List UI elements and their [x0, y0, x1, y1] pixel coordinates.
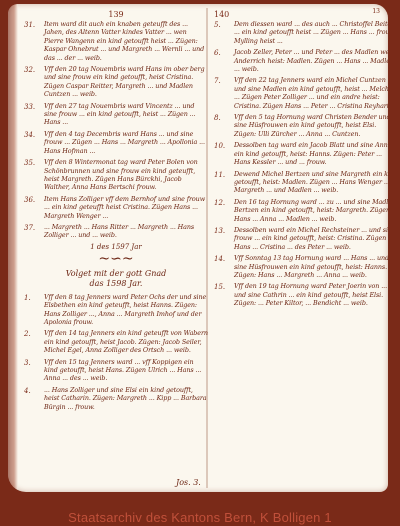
register-entry: 33. Vff den 27 tag Nouembris ward Vincen… — [24, 102, 208, 127]
register-entry: 5. Dem diessen ward ... des auch ... Chr… — [214, 20, 388, 45]
entry-text: Den 16 tag Hornung ward ... zu ... und s… — [234, 198, 388, 223]
book-spine-shadow — [8, 4, 18, 492]
entry-text: Vff den 5 tag Hornung ward Christen Bend… — [234, 113, 388, 138]
register-entry: 10. Dessolben tag ward ein Jacob Blatt u… — [214, 141, 388, 166]
entry-text: Vff Sonntag 13 tag Hornung ward ... Hans… — [234, 254, 388, 279]
register-entry: 4. ... Hans Zolliger und sine Elsi ein k… — [24, 386, 208, 411]
entry-number: 3. — [24, 358, 44, 383]
entry-text: Jacob Zeller, Peter ... und Peter ... de… — [234, 48, 388, 73]
section-heading: Volget mit der gott Gnad das 1598 Jar. — [24, 269, 208, 289]
entry-text: Dem diessen ward ... des auch ... Christ… — [234, 20, 388, 45]
archive-watermark: Staatsarchiv des Kantons Bern, K Bollige… — [0, 510, 400, 526]
entry-number: 33. — [24, 102, 44, 127]
entry-number: 15. — [214, 282, 234, 307]
register-entry: 11. Dewend Michel Bertzen und sine Margr… — [214, 170, 388, 195]
entry-text: Vff den 20 tag Nouembris ward Hans im ob… — [44, 65, 208, 99]
register-entry: 7. Vff den 22 tag Jenners ward ein Miche… — [214, 76, 388, 110]
register-entry: 12. Den 16 tag Hornung ward ... zu ... u… — [214, 198, 388, 223]
entry-text: Dessolben ward ein Michel Rechsteiner ..… — [234, 226, 388, 251]
entry-text: Item Hans Zolliger vff dem Bernhof und s… — [44, 195, 208, 220]
entry-text: Vff den 15 tag Jenners ward ... vff Kopp… — [44, 358, 208, 383]
entry-number: 12. — [214, 198, 234, 223]
right-page: 140 5. Dem diessen ward ... des auch ...… — [214, 10, 388, 311]
register-entry: 13. Dessolben ward ein Michel Rechsteine… — [214, 226, 388, 251]
manuscript-spread: 13 139 31. Item ward dit auch ein knaben… — [8, 4, 388, 492]
closing-date: 1 des 1597 Jar — [24, 243, 208, 251]
entry-text: Vff den 8 Wintermonat tag ward Peter Bol… — [44, 158, 208, 192]
entry-number: 5. — [214, 20, 234, 45]
entry-text: Vff den 22 tag Jenners ward ein Michel C… — [234, 76, 388, 110]
entry-number: 13. — [214, 226, 234, 251]
entry-number: 31. — [24, 20, 44, 62]
entry-number: 6. — [214, 48, 234, 73]
register-entry: 2. Vff den 14 tag Jenners ein kind geteu… — [24, 329, 208, 354]
entry-text: Dessolben tag ward ein Jacob Blatt und s… — [234, 141, 388, 166]
register-entry: 36. Item Hans Zolliger vff dem Bernhof u… — [24, 195, 208, 220]
folio-number-left: 139 — [24, 10, 208, 20]
entry-text: Item ward dit auch ein knaben geteufft d… — [44, 20, 208, 62]
section-heading-line2: das 1598 Jar. — [24, 279, 208, 289]
entry-number: 32. — [24, 65, 44, 99]
entry-number: 4. — [24, 386, 44, 411]
section-heading-line1: Volget mit der gott Gnad — [24, 269, 208, 279]
entry-number: 2. — [24, 329, 44, 354]
entry-number: 35. — [24, 158, 44, 192]
register-entry: 3. Vff den 15 tag Jenners ward ... vff K… — [24, 358, 208, 383]
entry-number: 37. — [24, 223, 44, 240]
left-page: 139 31. Item ward dit auch ein knaben ge… — [24, 10, 208, 414]
entry-text: Vff den 19 tag Hornung ward Peter Joerin… — [234, 282, 388, 307]
entry-text: ... Hans Zolliger und sine Elsi ein kind… — [44, 386, 208, 411]
register-entry: 8. Vff den 5 tag Hornung ward Christen B… — [214, 113, 388, 138]
register-entry: 6. Jacob Zeller, Peter ... und Peter ...… — [214, 48, 388, 73]
signature-mark: Jos. 3. — [176, 478, 201, 487]
entry-number: 1. — [24, 293, 44, 327]
flourish-ornament-icon: ~∽~ — [24, 253, 208, 265]
entry-number: 8. — [214, 113, 234, 138]
entry-text: Vff den 27 tag Nouembris ward Vincentz .… — [44, 102, 208, 127]
folio-number-right: 140 — [214, 10, 388, 20]
entry-text: ... Margreth ... Hans Ritter ... Margret… — [44, 223, 208, 240]
register-entry: 1. Vff den 8 tag Jenners ward Peter Ochs… — [24, 293, 208, 327]
register-entry: 35. Vff den 8 Wintermonat tag ward Peter… — [24, 158, 208, 192]
entry-number: 34. — [24, 130, 44, 155]
entry-text: Vff den 4 tag Decembris ward Hans ... un… — [44, 130, 208, 155]
entry-number: 11. — [214, 170, 234, 195]
entry-number: 36. — [24, 195, 44, 220]
entry-number: 14. — [214, 254, 234, 279]
register-entry: 15. Vff den 19 tag Hornung ward Peter Jo… — [214, 282, 388, 307]
register-entry: 34. Vff den 4 tag Decembris ward Hans ..… — [24, 130, 208, 155]
register-entry: 32. Vff den 20 tag Nouembris ward Hans i… — [24, 65, 208, 99]
register-entry: 14. Vff Sonntag 13 tag Hornung ward ... … — [214, 254, 388, 279]
entry-text: Vff den 8 tag Jenners ward Peter Ochs de… — [44, 293, 208, 327]
register-entry: 37. ... Margreth ... Hans Ritter ... Mar… — [24, 223, 208, 240]
register-entry: 31. Item ward dit auch ein knaben geteuf… — [24, 20, 208, 62]
entry-text: Vff den 14 tag Jenners ein kind geteufft… — [44, 329, 208, 354]
entry-text: Dewend Michel Bertzen und sine Margreth … — [234, 170, 388, 195]
entry-number: 10. — [214, 141, 234, 166]
entry-number: 7. — [214, 76, 234, 110]
